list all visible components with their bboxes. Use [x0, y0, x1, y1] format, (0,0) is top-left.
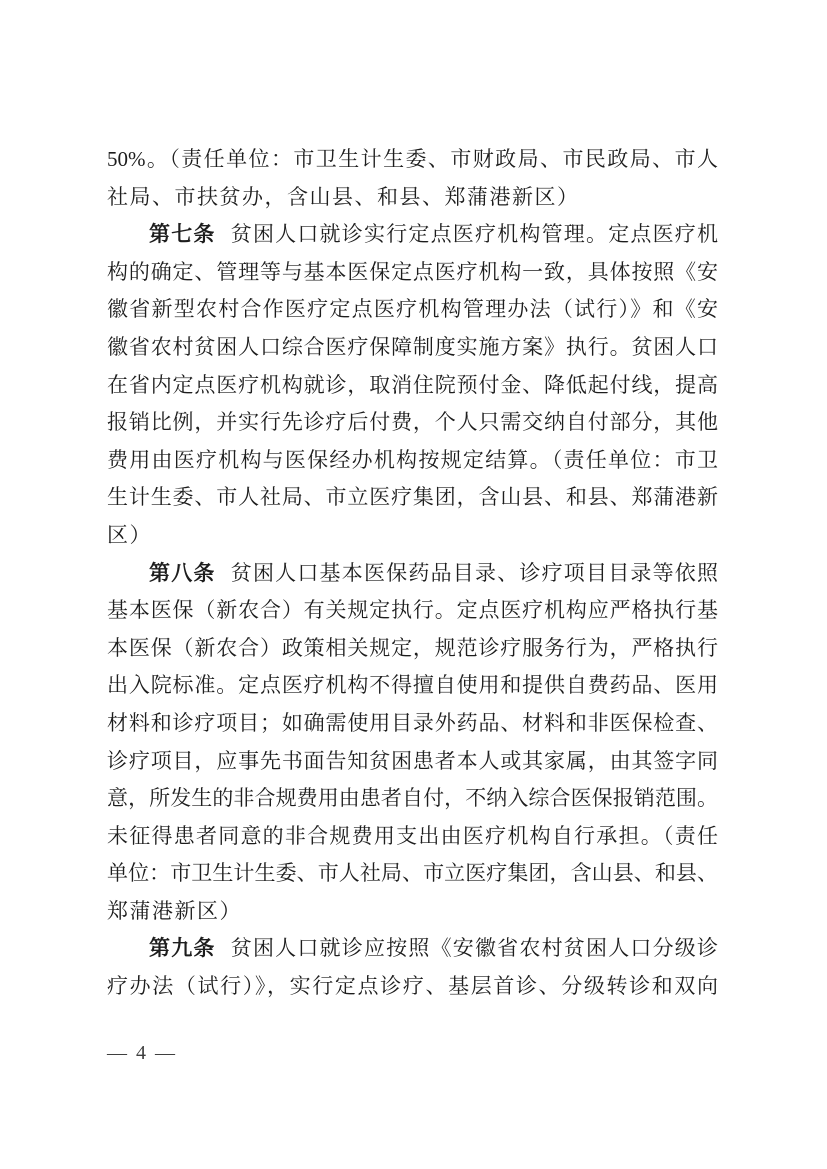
article-number-bold: 第八条	[149, 562, 216, 585]
text-line: 出入院标准。定点医疗机构不得擅自使用和提供自费药品、医用	[107, 667, 718, 705]
document-page: 50%。（责任单位：市卫生计生委、市财政局、市民政局、市人社局、市扶贫办，含山县…	[0, 0, 827, 1169]
line-text: 贫困人口基本医保药品目录、诊疗项目目录等依照	[231, 561, 718, 585]
text-line: 意，所发生的非合规费用由患者自付，不纳入综合医保报销范围。	[107, 780, 718, 818]
document-body-text: 50%。（责任单位：市卫生计生委、市财政局、市民政局、市人社局、市扶贫办，含山县…	[107, 141, 718, 1006]
text-line: 未征得患者同意的非合规费用支出由医疗机构自行承担。（责任	[107, 818, 718, 856]
text-line: 构的确定、管理等与基本医保定点医疗机构一致，具体按照《安	[107, 254, 718, 292]
text-line: 在省内定点医疗机构就诊，取消住院预付金、降低起付线，提高	[107, 367, 718, 405]
line-text: 贫困人口就诊应按照《安徽省农村贫困人口分级诊	[231, 936, 718, 960]
text-line: 本医保（新农合）政策相关规定，规范诊疗服务行为，严格执行	[107, 630, 718, 668]
text-line: 报销比例，并实行先诊疗后付费，个人只需交纳自付部分，其他	[107, 404, 718, 442]
text-line: 50%。（责任单位：市卫生计生委、市财政局、市民政局、市人	[107, 141, 718, 179]
text-line: 基本医保（新农合）有关规定执行。定点医疗机构应严格执行基	[107, 592, 718, 630]
text-line: 郑蒲港新区）	[107, 893, 718, 931]
line-text: 贫困人口就诊实行定点医疗机构管理。定点医疗机	[231, 222, 718, 246]
text-line: 区）	[107, 517, 718, 555]
text-line: 社局、市扶贫办，含山县、和县、郑蒲港新区）	[107, 179, 718, 217]
text-line: 费用由医疗机构与医保经办机构按规定结算。（责任单位：市卫	[107, 442, 718, 480]
text-line: 第八条贫困人口基本医保药品目录、诊疗项目目录等依照	[107, 555, 718, 593]
text-line: 徽省农村贫困人口综合医疗保障制度实施方案》执行。贫困人口	[107, 329, 718, 367]
article-number-bold: 第九条	[149, 937, 216, 960]
article-number-bold: 第七条	[149, 223, 216, 246]
text-line: 单位：市卫生计生委、市人社局、市立医疗集团，含山县、和县、	[107, 855, 718, 893]
text-line: 第七条贫困人口就诊实行定点医疗机构管理。定点医疗机	[107, 216, 718, 254]
text-line: 材料和诊疗项目；如确需使用目录外药品、材料和非医保检查、	[107, 705, 718, 743]
text-line: 第九条贫困人口就诊应按照《安徽省农村贫困人口分级诊	[107, 930, 718, 968]
page-number-footer: — 4 —	[107, 1041, 177, 1065]
text-line: 疗办法（试行）》，实行定点诊疗、基层首诊、分级转诊和双向	[107, 968, 718, 1006]
text-line: 诊疗项目，应事先书面告知贫困患者本人或其家属，由其签字同	[107, 743, 718, 781]
text-line: 生计生委、市人社局、市立医疗集团，含山县、和县、郑蒲港新	[107, 479, 718, 517]
text-line: 徽省新型农村合作医疗定点医疗机构管理办法（试行）》和《安	[107, 291, 718, 329]
